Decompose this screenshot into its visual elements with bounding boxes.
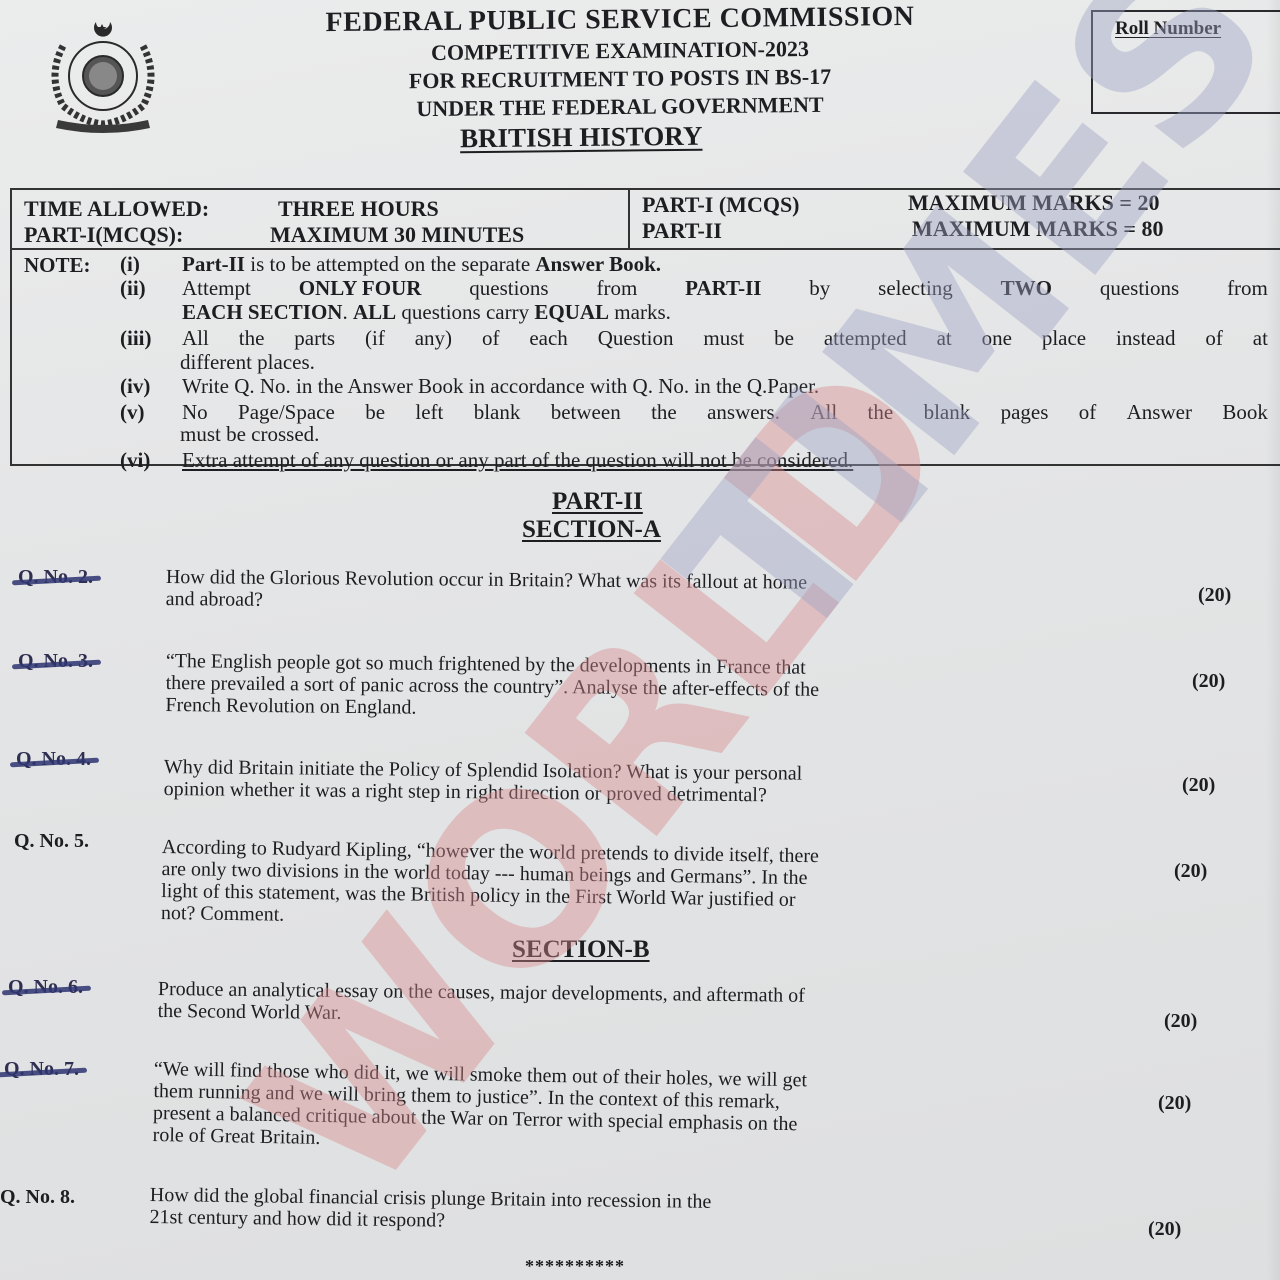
question-text: How did the global financial crisis plun… [149,1184,1109,1240]
part-heading: PART-II [552,488,643,516]
text: one [982,326,1012,351]
question-marks: (20) [1158,1092,1191,1115]
text: left [415,400,443,425]
time-allowed-value: THREE HOURS [278,196,439,222]
note-item: Alltheparts(ifany)ofeachQuestionmustbeat… [182,326,1268,351]
text: (if [365,326,385,351]
note-number: (i) [120,252,140,277]
government-line: UNDER THE FEDERAL GOVERNMENT [240,92,1000,122]
text: Book [1222,400,1268,425]
text: marks. [609,300,671,324]
text: the [239,326,265,351]
question-text: How did the Glorious Revolution occur in… [166,566,1126,618]
question-text: According to Rudyard Kipling, “however t… [161,836,1122,937]
text: selecting [878,276,953,301]
note-item-continued: different places. [180,350,315,375]
text: the [651,400,677,425]
exam-paper: FEDERAL PUBLIC SERVICE COMMISSION COMPET… [0,0,1280,1280]
text: place [1042,326,1086,351]
bold-text: EACH SECTION [182,300,342,324]
question-number: Q. No. 6. [8,976,83,999]
text: Answer [1127,400,1192,425]
subject-title: BRITISH HISTORY [460,121,703,155]
question-marks: (20) [1192,670,1225,693]
text: by [809,276,830,301]
text: of [1079,400,1097,425]
note-item-continued: must be crossed. [180,422,319,447]
text: Question [598,326,674,351]
question-number: Q. No. 8. [0,1186,75,1209]
text: is to be attempted on the separate [245,252,535,276]
question-text: Produce an analytical essay on the cause… [158,978,1118,1032]
instructions-box: NOTE: (i)Part-II is to be attempted on t… [10,250,1280,466]
question-text: “The English people got so much frighten… [165,650,1126,726]
exam-name: COMPETITIVE EXAMINATION-2023 [240,36,1000,66]
bold-text: ONLY FOUR [299,276,422,301]
question-number: Q. No. 5. [14,830,89,853]
text: be [774,326,794,351]
part2-label: PART-II [642,218,722,244]
question-text: Why did Britain initiate the Policy of S… [164,756,1124,810]
text: at [937,326,952,351]
question-number-text: Q. No. 8. [0,1186,75,1208]
note-number: (vi) [120,448,150,473]
bold-text: EQUAL [534,300,609,324]
text: . [342,300,353,324]
text: any) [415,326,452,351]
note-number: (iii) [120,326,152,351]
time-allowed-label: TIME ALLOWED: [24,196,209,222]
bold-text: TWO [1001,276,1052,301]
text: from [1227,276,1268,301]
note-item: NoPage/Spacebeleftblankbetweentheanswers… [182,400,1268,425]
section-b-heading: SECTION-B [512,936,650,964]
text: Attempt [182,276,251,301]
text: instead [1116,326,1175,351]
note-item: Part-II is to be attempted on the separa… [182,252,661,277]
question-marks: (20) [1198,584,1231,607]
note-number: (v) [120,400,145,425]
note-item: Extra attempt of any question or any par… [182,448,853,473]
bold-text: ALL [353,300,396,324]
question-number: Q. No. 2. [18,566,93,589]
roll-number-label: Roll Number [1115,18,1221,40]
text: from [596,276,637,301]
text: each [529,326,567,351]
section-a-heading: SECTION-A [522,516,661,544]
recruitment-line: FOR RECRUITMENT TO POSTS IN BS-17 [240,64,1000,94]
note-item-continued: EACH SECTION. ALL questions carry EQUAL … [182,300,671,325]
note-prefix: NOTE: [24,253,91,278]
text: questions carry [396,300,534,324]
text: of [1205,326,1223,351]
text: parts [294,326,335,351]
bold-text: Part-II [182,252,245,276]
question-marks: (20) [1148,1218,1181,1241]
text: All [810,400,837,425]
text: blank [924,400,971,425]
text: the [868,400,894,425]
question-number: Q. No. 4. [16,748,91,771]
text: be [365,400,385,425]
text: questions [1100,276,1179,301]
exam-info-table: TIME ALLOWED: THREE HOURS PART-I(MCQS): … [10,188,1280,250]
mcq-time-label: PART-I(MCQS): [24,222,183,248]
question-text: “We will find those who did it, we will … [152,1058,1113,1163]
text: answers. [707,400,780,425]
part1-marks: MAXIMUM MARKS = 20 [908,190,1159,216]
text: questions [469,276,548,301]
text: blank [474,400,521,425]
text: All [182,326,209,351]
bold-text: PART-II [685,276,761,301]
question-marks: (20) [1182,774,1215,797]
text: attempted [824,326,907,351]
question-marks: (20) [1174,860,1207,883]
part1-label: PART-I (MCQS) [642,192,800,218]
fpsc-emblem-icon [28,16,178,136]
text: between [551,400,621,425]
exam-header: FEDERAL PUBLIC SERVICE COMMISSION COMPET… [240,4,1000,118]
bold-text: Answer Book. [535,252,661,276]
note-item: Write Q. No. in the Answer Book in accor… [182,374,819,399]
question-number-text: Q. No. 5. [14,830,89,852]
end-marker: ********** [525,1256,625,1277]
part2-marks: MAXIMUM MARKS = 80 [912,216,1163,242]
note-number: (ii) [120,276,146,301]
text: of [482,326,500,351]
question-number: Q. No. 7. [4,1058,79,1081]
question-marks: (20) [1164,1010,1197,1033]
paper-shade [1266,0,1280,1280]
info-divider [628,190,630,248]
question-number: Q. No. 3. [18,650,93,673]
roll-number-box[interactable]: Roll Number [1091,10,1280,114]
text: must [703,326,744,351]
note-item: AttemptONLY FOURquestionsfromPART-IIbyse… [182,276,1268,301]
mcq-time-value: MAXIMUM 30 MINUTES [270,222,524,248]
org-name: FEDERAL PUBLIC SERVICE COMMISSION [240,2,1000,38]
note-number: (iv) [120,374,150,399]
text: pages [1001,400,1049,425]
